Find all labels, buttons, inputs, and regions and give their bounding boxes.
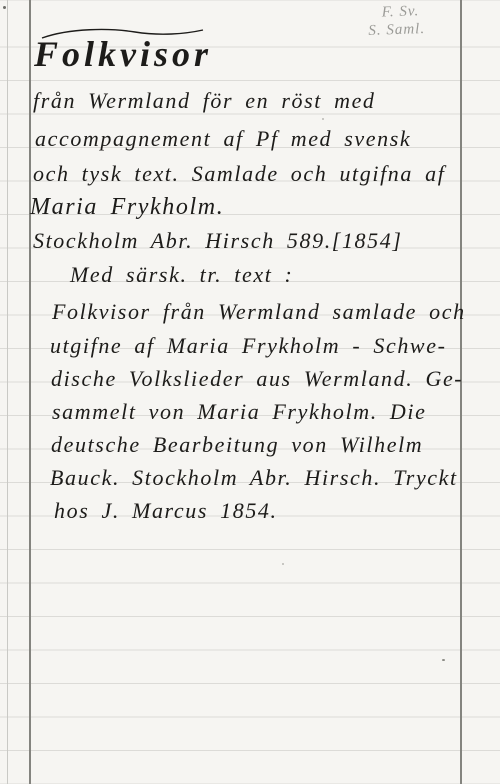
entry-line: och tysk text. Samlade och utgifna af <box>33 161 445 187</box>
entry-line: från Wermland för en röst med <box>33 88 376 114</box>
corner-note-line: F. Sv. <box>381 2 424 21</box>
note-line: sammelt von Maria Frykholm. Die <box>52 399 427 425</box>
note-line: deutsche Bearbeitung von Wilhelm <box>51 432 423 458</box>
entry-line-remark: Med särsk. tr. text : <box>70 262 293 288</box>
note-line: Folkvisor från Wermland samlade och <box>52 299 466 325</box>
note-line: dische Volkslieder aus Wermland. Ge- <box>51 366 463 392</box>
paper-speckle <box>322 118 324 120</box>
corner-note-line: S. Saml. <box>368 20 425 40</box>
entry-line-imprint: Stockholm Abr. Hirsch 589.[1854] <box>33 228 403 254</box>
entry-line: accompagnement af Pf med svensk <box>35 126 411 152</box>
corner-classification-note: F. Sv. S. Saml. <box>367 2 425 40</box>
note-line: Bauck. Stockholm Abr. Hirsch. Tryckt <box>50 465 458 491</box>
paper-speckle <box>282 563 284 565</box>
note-line: utgifne af Maria Frykholm - Schwe- <box>50 333 447 359</box>
page-title: Folkvisor <box>34 33 212 75</box>
right-margin-line <box>460 0 462 784</box>
left-margin-line <box>29 0 31 784</box>
entry-line-author: Maria Frykholm. <box>30 194 224 221</box>
paper-speckle <box>3 6 6 9</box>
paper-speckle <box>442 659 445 661</box>
left-edge-ruling-line <box>7 0 8 784</box>
manuscript-page: F. Sv. S. Saml. Folkvisor från Wermland … <box>0 0 500 784</box>
note-line: hos J. Marcus 1854. <box>54 498 278 524</box>
